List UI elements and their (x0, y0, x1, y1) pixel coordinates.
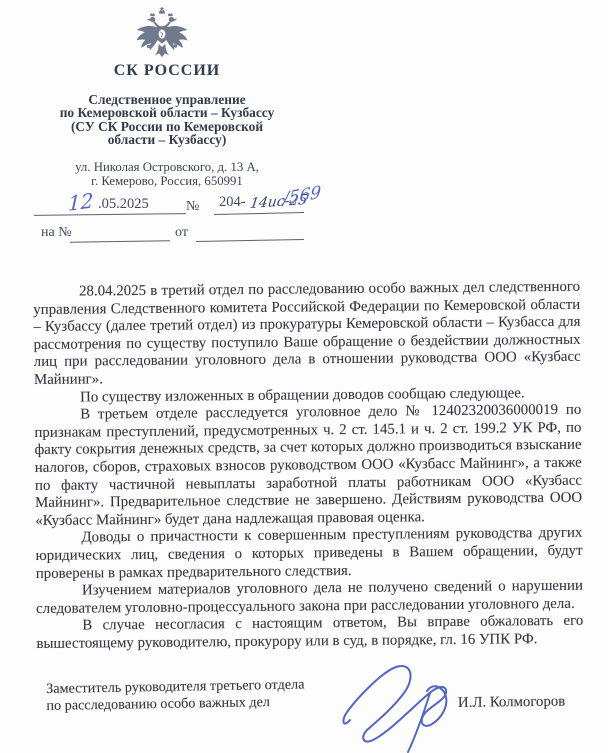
signer-name: И.Л. Колмогоров (458, 693, 598, 712)
body-paragraph: В случае несогласия с настоящим ответом,… (36, 613, 583, 653)
double-headed-eagle-icon (133, 7, 191, 60)
reply-date-underline (196, 238, 304, 242)
address-line: ул. Николая Островского, д. 13 А, (28, 160, 306, 174)
number-underline (214, 211, 304, 215)
signer-position: Заместитель руководителя третьего отдела… (46, 676, 357, 715)
body-paragraph: В третьем отделе расследуется уголовное … (34, 402, 582, 530)
printed-number-prefix: 204- (219, 194, 246, 211)
letter-body: 28.04.2025 в третий отдел по расследован… (33, 279, 584, 654)
reply-number-underline (70, 239, 170, 243)
address-line: г. Кемерово, Россия, 650991 (28, 174, 306, 188)
org-name-line: (СУ СК России по Кемеровской (18, 120, 316, 133)
body-paragraph: Доводы о причастности к совершенным прес… (35, 525, 582, 583)
org-name-line: по Кемеровской области – Кузбассу (18, 106, 316, 119)
org-short-title: СК РОССИИ (28, 62, 306, 80)
scanned-letter-page: СК РОССИИ Следственное управление по Кем… (0, 0, 608, 753)
number-sign-label: № (186, 199, 199, 215)
handwritten-date-day: 12 (68, 188, 94, 216)
body-paragraph: 28.04.2025 в третий отдел по расследован… (33, 279, 581, 390)
org-address: ул. Николая Островского, д. 13 А, г. Кем… (28, 160, 306, 188)
org-name-line: Следственное управление (18, 93, 316, 106)
reply-to-number-label: на № (41, 225, 72, 241)
printed-date: .05.2025 (98, 196, 149, 213)
org-full-name: Следственное управление по Кемеровской о… (18, 93, 316, 147)
org-name-line: области – Кузбассу) (18, 133, 316, 146)
reply-from-label: от (175, 225, 188, 241)
body-paragraph: Изучением материалов уголовного дела не … (36, 578, 583, 618)
